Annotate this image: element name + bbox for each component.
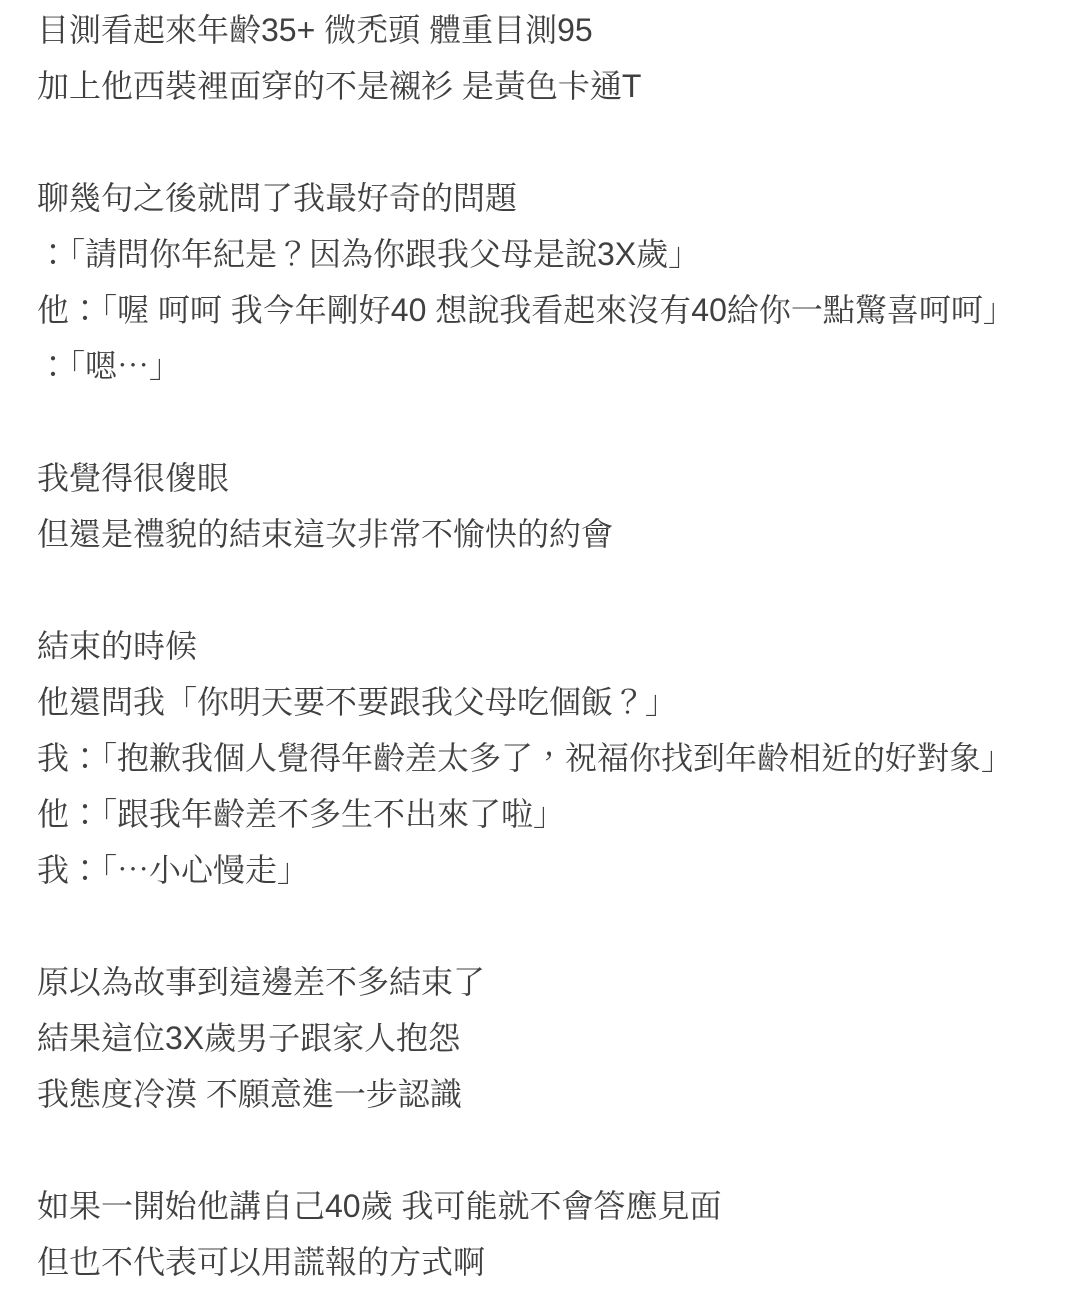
- post-body: 目測看起來年齡35+ 微禿頭 體重目測95 加上他西裝裡面穿的不是襯衫 是黃色卡…: [0, 0, 1076, 1290]
- post-line: 結束的時候: [37, 618, 1076, 674]
- post-paragraph: 原以為故事到這邊差不多結束了 結果這位3X歲男子跟家人抱怨 我態度冷漠 不願意進…: [37, 954, 1076, 1122]
- post-line: 原以為故事到這邊差不多結束了: [37, 954, 1076, 1010]
- post-paragraph: 我覺得很傻眼 但還是禮貌的結束這次非常不愉快的約會: [37, 450, 1076, 562]
- post-paragraph: 如果一開始他講自己40歲 我可能就不會答應見面 但也不代表可以用謊報的方式啊: [37, 1178, 1076, 1290]
- post-line: 我覺得很傻眼: [37, 450, 1076, 506]
- post-line: 我：「抱歉我個人覺得年齡差太多了，祝福你找到年齡相近的好對象」: [37, 730, 1076, 786]
- post-line: 結果這位3X歲男子跟家人抱怨: [37, 1010, 1076, 1066]
- post-line: 但也不代表可以用謊報的方式啊: [37, 1234, 1076, 1290]
- post-line: 他還問我「你明天要不要跟我父母吃個飯？」: [37, 674, 1076, 730]
- post-line: ：「請問你年紀是？因為你跟我父母是說3X歲」: [37, 226, 1076, 282]
- post-line: 聊幾句之後就問了我最好奇的問題: [37, 170, 1076, 226]
- post-line: 他：「喔 呵呵 我今年剛好40 想說我看起來沒有40給你一點驚喜呵呵」: [37, 282, 1076, 338]
- post-paragraph: 聊幾句之後就問了我最好奇的問題 ：「請問你年紀是？因為你跟我父母是說3X歲」 他…: [37, 170, 1076, 394]
- post-line: ：「嗯⋯」: [37, 338, 1076, 394]
- post-line: 目測看起來年齡35+ 微禿頭 體重目測95: [37, 2, 1076, 58]
- post-line: 但還是禮貌的結束這次非常不愉快的約會: [37, 506, 1076, 562]
- post-line: 他：「跟我年齡差不多生不出來了啦」: [37, 786, 1076, 842]
- post-line: 我：「⋯小心慢走」: [37, 842, 1076, 898]
- post-line: 如果一開始他講自己40歲 我可能就不會答應見面: [37, 1178, 1076, 1234]
- post-line: 加上他西裝裡面穿的不是襯衫 是黃色卡通T: [37, 58, 1076, 114]
- post-line: 我態度冷漠 不願意進一步認識: [37, 1066, 1076, 1122]
- post-paragraph: 結束的時候 他還問我「你明天要不要跟我父母吃個飯？」 我：「抱歉我個人覺得年齡差…: [37, 618, 1076, 898]
- post-paragraph: 目測看起來年齡35+ 微禿頭 體重目測95 加上他西裝裡面穿的不是襯衫 是黃色卡…: [37, 2, 1076, 114]
